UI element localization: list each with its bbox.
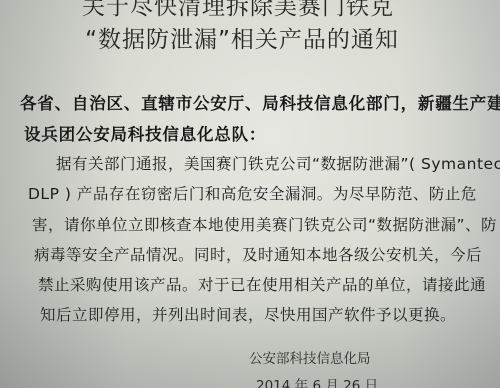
- salutation-line-1: 各省、自治区、直辖市公安厅、局科技信息化部门，新疆生产建: [20, 90, 500, 114]
- issuer-signature: 公安部科技信息化局: [249, 347, 371, 367]
- body-line-3: 害，请你单位立即核查本地使用美赛门铁克公司“数据防泄漏”、防: [32, 213, 497, 235]
- document-page: 关于尽快清理拆除美赛门铁克 “数据防泄漏”相关产品的通知 各省、自治区、直辖市公…: [0, 0, 500, 388]
- document-title-line-1: 关于尽快清理拆除美赛门铁克: [0, 0, 488, 21]
- salutation-line-2: 设兵团公安局科技信息化总队：: [24, 121, 266, 145]
- body-line-5: 禁止采购使用该产品。对于已在使用相关产品的单位，请接此通: [38, 273, 486, 295]
- document-title-line-2: “数据防泄漏”相关产品的通知: [0, 21, 492, 54]
- issue-date: 2014 年 6 月 26 日: [256, 374, 378, 388]
- body-line-2: DLP ) 产品存在窃密后门和高危安全漏洞。为尽早防范、防止危: [28, 182, 477, 204]
- body-line-4: 病毒等安全产品情况。同时，及时通知本地各级公安机关，今后: [34, 243, 482, 265]
- body-line-1: 据有关部门通报，美国赛门铁克公司“数据防泄漏”( Symantec: [56, 152, 500, 174]
- body-line-6: 知后立即停用，并列出时间表，尽快用国产软件予以更换。: [40, 303, 456, 325]
